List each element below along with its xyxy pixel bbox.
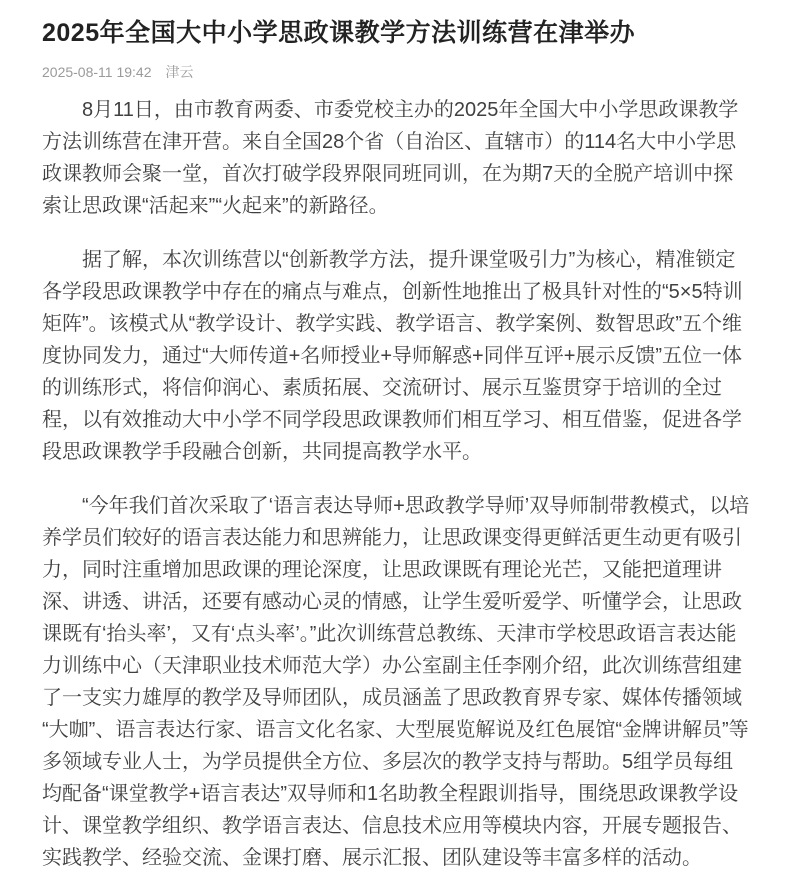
- article-meta: 2025-08-11 19:42 津云: [42, 64, 750, 80]
- publish-date: 2025-08-11 19:42: [42, 64, 152, 80]
- source-name: 津云: [166, 64, 194, 80]
- article-page: 2025年全国大中小学思政课教学方法训练营在津举办 2025-08-11 19:…: [0, 0, 790, 874]
- article-body: 8月11日，由市教育两委、市委党校主办的2025年全国大中小学思政课教学方法训练…: [42, 94, 750, 874]
- article-paragraph-3: “今年我们首次采取了‘语言表达导师+思政教学导师’双导师制带教模式，以培养学员们…: [42, 490, 750, 874]
- article-title: 2025年全国大中小学思政课教学方法训练营在津举办: [42, 16, 750, 50]
- article-paragraph-2: 据了解，本次训练营以“创新教学方法，提升课堂吸引力”为核心，精准锁定各学段思政课…: [42, 244, 750, 468]
- article-paragraph-1: 8月11日，由市教育两委、市委党校主办的2025年全国大中小学思政课教学方法训练…: [42, 94, 750, 222]
